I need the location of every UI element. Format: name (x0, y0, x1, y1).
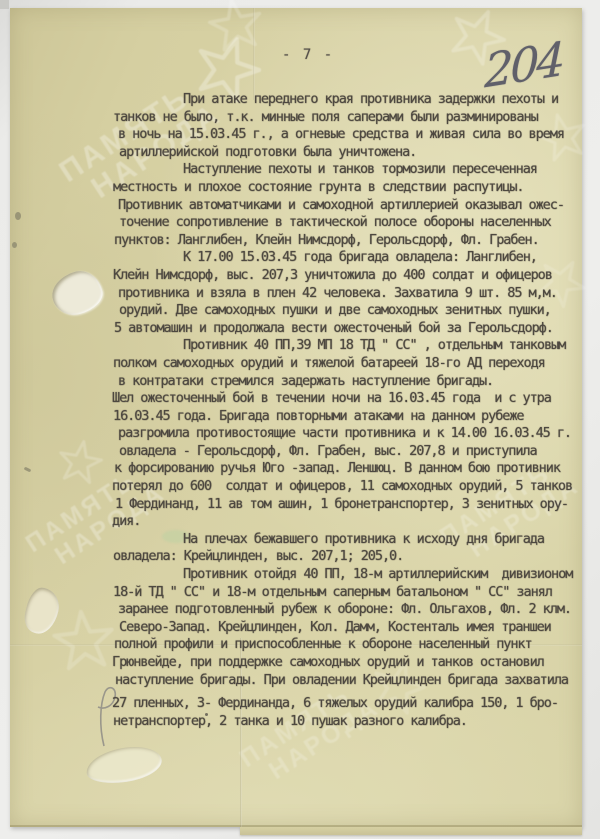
paragraph: На плечах бежавшего противника к исходу … (112, 531, 574, 566)
text-line: полной профили и приспособленные к оборо… (114, 636, 574, 654)
paragraph: Шел ожесточенный бой в течении ночи на 1… (112, 390, 574, 531)
text-line: Противник 40 ПП,39 МП 18 ТД " СС" , отде… (112, 337, 574, 355)
paragraph: К 17.00 15.03.45 года бригада овладела: … (112, 249, 574, 337)
text-line: орудий. Две самоходных пушки и две самох… (119, 302, 574, 320)
watermark-star-icon (57, 440, 103, 486)
text-line: Наступление пехоты и танков тормозили пе… (112, 161, 574, 179)
text-line: Северо-Запад. Крейцлинден, Кол. Дамм, Ко… (119, 619, 574, 637)
text-line: местность и плохое состояние грунта в сл… (113, 179, 574, 197)
text-line: в ночь на 15.03.45 г., а огневые средств… (118, 126, 574, 144)
paper-speck (12, 242, 17, 248)
text-line: заранее подготовленный рубеж к обороне: … (118, 601, 574, 619)
text-line: артиллерийской подготовки была уничтожен… (119, 144, 574, 162)
watermark-star-icon (52, 610, 116, 674)
text-line: к форсированию ручья Юго -запад. Леншюц.… (114, 460, 574, 478)
text-line: 16.03.45 года. Бригада повторными атакам… (113, 408, 574, 426)
paragraph: Противник 40 ПП,39 МП 18 ТД " СС" , отде… (112, 337, 574, 390)
text-line: 5 автомашин и продолжала вести ожесточен… (114, 320, 574, 338)
watermark-star-icon (208, 0, 264, 54)
text-line: Шел ожесточенный бой в течении ночи на 1… (112, 390, 574, 408)
text-line: точение сопротивление в тактической поло… (119, 214, 574, 232)
text-line: 27 пленных, 3- Фердинанда, 6 тяжелых ору… (112, 695, 574, 713)
text-line: дия. (112, 513, 574, 531)
text-line: разгромила противостоящие части противни… (118, 425, 574, 443)
text-line: К 17.00 15.03.45 года бригада овладела: … (112, 249, 574, 267)
paper-bottom-fold (240, 827, 582, 835)
scan-corner-mark (0, 0, 9, 9)
paper-crease (253, 8, 255, 100)
text-line: При атаке переднего края противника заде… (112, 91, 574, 109)
text-line: 18-й ТД " СС" и 18-м отдельным саперным … (113, 584, 574, 602)
text-line: полком самоходных орудий и тяжелой батар… (113, 355, 574, 373)
text-line: в контратаки стремился задержать наступл… (118, 373, 574, 391)
paper-speck (15, 212, 21, 220)
text-line: Противник отойдя 40 ПП, 18-м артиллерийс… (112, 566, 574, 584)
paper-speck (24, 467, 32, 473)
page-number: - 7 - (282, 47, 334, 63)
text-line: Грюнвейде, при поддержке самоходных оруд… (112, 654, 574, 672)
text-line: Клейн Нимсдорф, выс. 207,3 уничтожила до… (113, 267, 574, 285)
text-line: пунктов: Ланглибен, Клейн Нимсдорф, Геро… (114, 232, 574, 250)
text-line: Противник автоматчиками и самоходной арт… (118, 197, 574, 215)
handwritten-page-number: 204 (484, 31, 563, 98)
paragraph: При атаке переднего края противника заде… (112, 91, 574, 161)
text-line: танков не было, т.к. минные поля саперам… (113, 109, 574, 127)
text-line: 1 Фердинанд, 11 ав том ашин, 1 бронетран… (115, 496, 574, 514)
paper-damage-hole (47, 266, 106, 320)
text-line: потерял до 600 солдат и офицеров, 11 сам… (112, 478, 574, 496)
paragraph: Противник отойдя 40 ПП, 18-м артиллерийс… (112, 566, 574, 689)
paragraph: Наступление пехоты и танков тормозили пе… (112, 161, 574, 249)
text-line: овладела: Крейцлинден, выс. 207,1; 205,0… (113, 548, 574, 566)
scan-background: ПАМЯТЬНАРОДА ПАМЯТЬНАРОДА ПАМЯТЬНАРОДА (0, 0, 600, 839)
typewritten-text-block: При атаке переднего края противника заде… (112, 91, 574, 730)
paragraph: 27 пленных, 3- Фердинанда, 6 тяжелых ору… (112, 695, 574, 730)
text-line: На плечах бежавшего противника к исходу … (112, 531, 574, 549)
text-line: наступление бригады. При овладении Крейц… (115, 672, 574, 690)
text-line: противника и взяла в плен 42 человека. З… (118, 285, 574, 303)
text-line: овладела - Герольсдорф, Фл. Грабен, выс.… (119, 443, 574, 461)
document-page: ПАМЯТЬНАРОДА ПАМЯТЬНАРОДА ПАМЯТЬНАРОДА (10, 8, 582, 827)
paper-damage-tear (22, 585, 63, 637)
text-line: нетранспортер, 2 танка и 10 пушак разног… (113, 713, 574, 731)
